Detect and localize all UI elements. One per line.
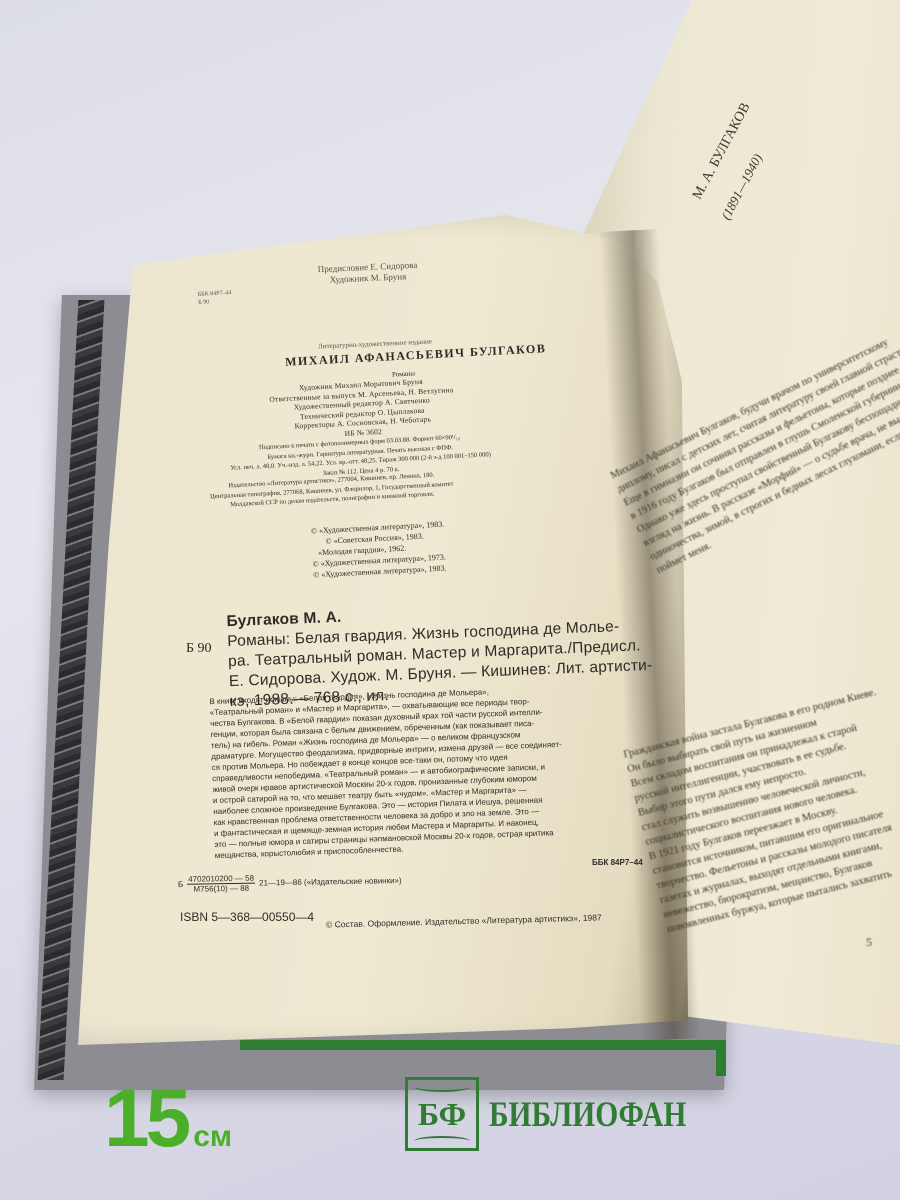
catalog-code: Б 90: [186, 641, 212, 657]
open-book-icon: БФ: [405, 1077, 479, 1151]
credits-top: Предисловие Е. Сидорова Художник М. Брун…: [318, 260, 418, 286]
bbk-code-bottom: ББК 84Р7–44: [592, 858, 643, 867]
bibliofan-logo: БФ БИБЛИОФАН: [405, 1077, 730, 1151]
publication-index: Б 4702010200 — 58 М756(10) — 88 21—19—86…: [178, 871, 402, 894]
copyright-list: © «Художественная литература», 1983. © «…: [311, 519, 447, 581]
staff-credits: Художник Михаил Моратович Бруня Ответств…: [269, 375, 456, 442]
size-label: 15см: [104, 1078, 232, 1160]
photo-scene: Предисловие Е. Сидорова Художник М. Брун…: [0, 0, 900, 1200]
isbn: ISBN 5—368—00550—4: [180, 910, 314, 924]
annotation-paragraph: В книгу входят романы: «Белая гвардия», …: [209, 684, 565, 861]
bbk-code-top: ББК 84Р7–44 Б 90: [198, 289, 233, 307]
page-number: 5: [866, 935, 872, 950]
logo-text: БИБЛИОФАН: [489, 1093, 686, 1135]
green-bracket-line: [240, 1040, 726, 1076]
